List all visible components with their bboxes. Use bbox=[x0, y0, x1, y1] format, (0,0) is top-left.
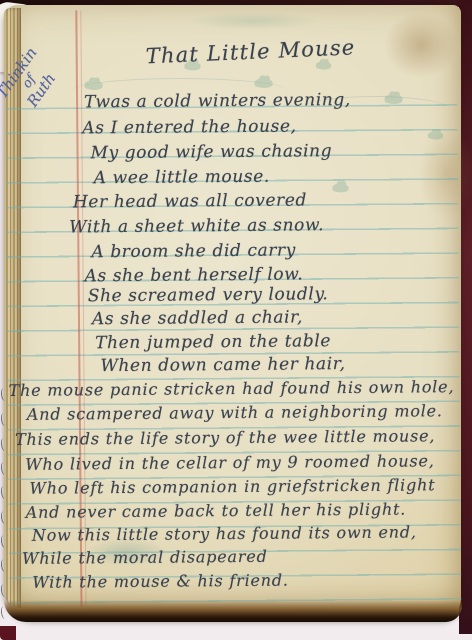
poem-line: As I entered the house, bbox=[82, 116, 296, 138]
edge-ink-fragment bbox=[0, 559, 10, 573]
poem-title: That Little Mouse bbox=[145, 35, 356, 68]
edge-ink-fragment bbox=[0, 584, 10, 598]
edge-ink-fragment bbox=[0, 486, 10, 500]
poem-line: Her head was all covered bbox=[73, 190, 307, 212]
poem-line: She screamed very loudly. bbox=[88, 284, 329, 306]
poem-line: With the mouse & his friend. bbox=[32, 571, 289, 592]
edge-ink-fragment bbox=[0, 388, 10, 402]
poem-line: Now this little story has found its own … bbox=[32, 522, 417, 544]
edge-ink-fragment bbox=[0, 438, 10, 452]
edge-ink-fragment bbox=[0, 511, 10, 525]
poem-line: When down came her hair, bbox=[100, 354, 345, 376]
page-content-layer: That Little Mouse Twas a cold winters ev… bbox=[0, 0, 472, 640]
poem-line: Then jumped on the table bbox=[95, 331, 331, 353]
poem-line: Twas a cold winters evening, bbox=[84, 90, 351, 112]
page-worn-bottom-edge bbox=[4, 600, 462, 622]
poem-line: And never came back to tell her his plig… bbox=[26, 500, 407, 522]
poem-line: My good wife was chasing bbox=[90, 141, 332, 163]
poem-line: The mouse panic stricken had found his o… bbox=[9, 377, 455, 400]
poem-line: While the moral disapeared bbox=[22, 547, 268, 568]
poem-line: And scampered away with a neighboring mo… bbox=[27, 401, 443, 424]
poem-line: A broom she did carry bbox=[91, 240, 296, 262]
notebook-photo: That Little Mouse Twas a cold winters ev… bbox=[0, 0, 472, 640]
edge-ink-fragment bbox=[0, 462, 10, 476]
edge-ink-fragment bbox=[0, 413, 10, 427]
poem-line: Who lived in the cellar of my 9 roomed h… bbox=[25, 451, 435, 474]
poem-line: With a sheet white as snow. bbox=[69, 215, 324, 237]
poem-line: As she bent herself low. bbox=[85, 264, 304, 286]
poem-line: A wee little mouse. bbox=[94, 167, 270, 189]
poem-line: Who left his companion in griefstricken … bbox=[29, 475, 435, 498]
poem-line: As she saddled a chair, bbox=[92, 307, 303, 329]
edge-ink-fragment bbox=[0, 535, 10, 549]
poem-line: This ends the life story of the wee litt… bbox=[15, 426, 435, 449]
